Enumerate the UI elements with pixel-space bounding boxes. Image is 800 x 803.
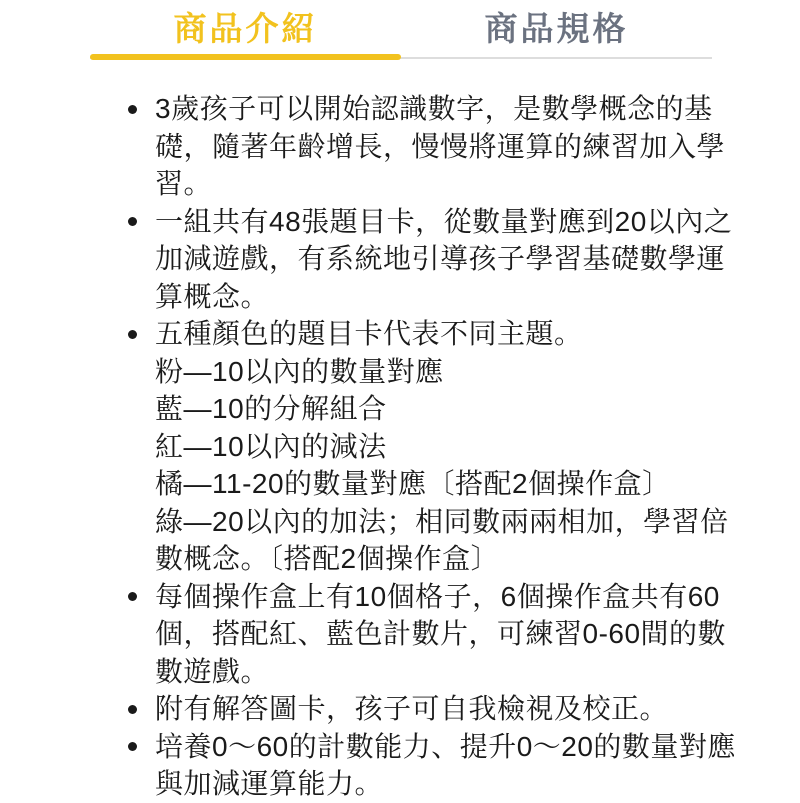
tab-product-spec[interactable]: 商品規格 [401,6,712,59]
description-item: 培養0～60的計數能力、提升0～20的數量對應與加減運算能力。 [155,728,755,801]
product-description-list: 3歲孩子可以開始認識數字，是數學概念的基礎，隨著年齡增長，慢慢將運算的練習加入學… [155,90,755,800]
description-line: 數遊戲。 [155,653,755,691]
bullet-dot-icon [128,217,137,226]
description-line: 綠—20以內的加法；相同數兩兩相加，學習倍 [155,503,755,541]
description-line: 3歲孩子可以開始認識數字，是數學概念的基 [155,90,755,128]
description-line: 數概念。〔搭配2個操作盒〕 [155,540,755,578]
description-line: 礎，隨著年齡增長，慢慢將運算的練習加入學 [155,128,755,166]
description-item: 附有解答圖卡，孩子可自我檢視及校正。 [155,690,755,728]
description-line: 紅—10以內的減法 [155,428,755,466]
description-line: 一組共有48張題目卡，從數量對應到20以內之 [155,203,755,241]
bullet-dot-icon [128,592,137,601]
description-line: 粉—10以內的數量對應 [155,353,755,391]
bullet-dot-icon [128,105,137,114]
description-line: 算概念。 [155,278,755,316]
tab-product-intro[interactable]: 商品介紹 [90,6,401,59]
description-item: 五種顏色的題目卡代表不同主題。粉—10以內的數量對應藍—10的分解組合紅—10以… [155,315,755,578]
description-item: 3歲孩子可以開始認識數字，是數學概念的基礎，隨著年齡增長，慢慢將運算的練習加入學… [155,90,755,203]
description-item: 一組共有48張題目卡，從數量對應到20以內之加減遊戲，有系統地引導孩子學習基礎數… [155,203,755,316]
description-line: 附有解答圖卡，孩子可自我檢視及校正。 [155,690,755,728]
description-item: 每個操作盒上有10個格子，6個操作盒共有60個，搭配紅、藍色計數片，可練習0-6… [155,578,755,691]
description-line: 培養0～60的計數能力、提升0～20的數量對應 [155,728,755,766]
description-line: 個，搭配紅、藍色計數片，可練習0-60間的數 [155,615,755,653]
description-line: 加減遊戲，有系統地引導孩子學習基礎數學運 [155,240,755,278]
bullet-dot-icon [128,742,137,751]
description-line: 習。 [155,165,755,203]
bullet-dot-icon [128,330,137,339]
bullet-dot-icon [128,705,137,714]
description-line: 五種顏色的題目卡代表不同主題。 [155,315,755,353]
description-line: 橘—11-20的數量對應〔搭配2個操作盒〕 [155,465,755,503]
description-line: 與加減運算能力。 [155,765,755,800]
product-tab-bar: 商品介紹 商品規格 [90,6,712,59]
description-line: 藍—10的分解組合 [155,390,755,428]
description-line: 每個操作盒上有10個格子，6個操作盒共有60 [155,578,755,616]
